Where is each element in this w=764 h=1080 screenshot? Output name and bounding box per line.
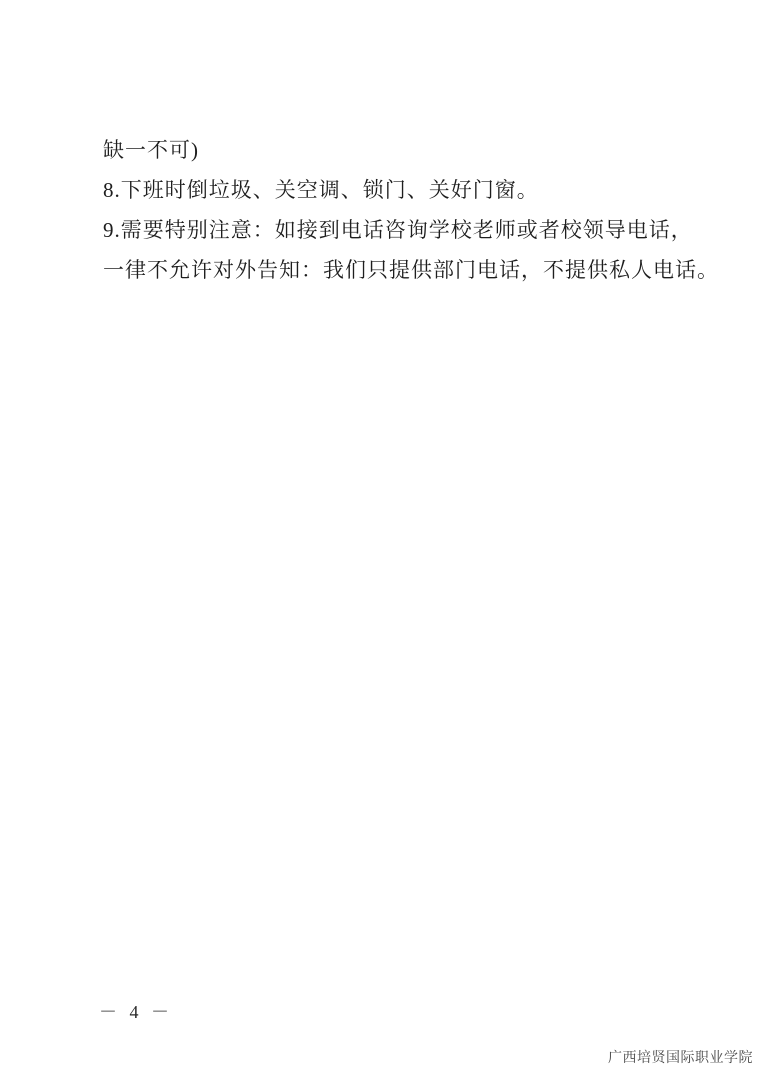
paragraph-line-item-8: 8.下班时倒垃圾、关空调、锁门、关好门窗。 bbox=[103, 170, 683, 210]
page-number: － 4 － bbox=[99, 1000, 173, 1024]
paragraph-line-item-9: 9.需要特别注意：如接到电话咨询学校老师或者校领导电话， bbox=[103, 210, 683, 250]
document-body: 缺一不可) 8.下班时倒垃圾、关空调、锁门、关好门窗。 9.需要特别注意：如接到… bbox=[103, 130, 683, 290]
paragraph-line-continuation: 缺一不可) bbox=[103, 130, 683, 170]
paragraph-line-item-9-continuation: 一律不允许对外告知：我们只提供部门电话，不提供私人电话。 bbox=[103, 250, 683, 290]
footer-watermark: 广西培贤国际职业学院 bbox=[608, 1048, 753, 1066]
document-page: 缺一不可) 8.下班时倒垃圾、关空调、锁门、关好门窗。 9.需要特别注意：如接到… bbox=[0, 0, 764, 1080]
